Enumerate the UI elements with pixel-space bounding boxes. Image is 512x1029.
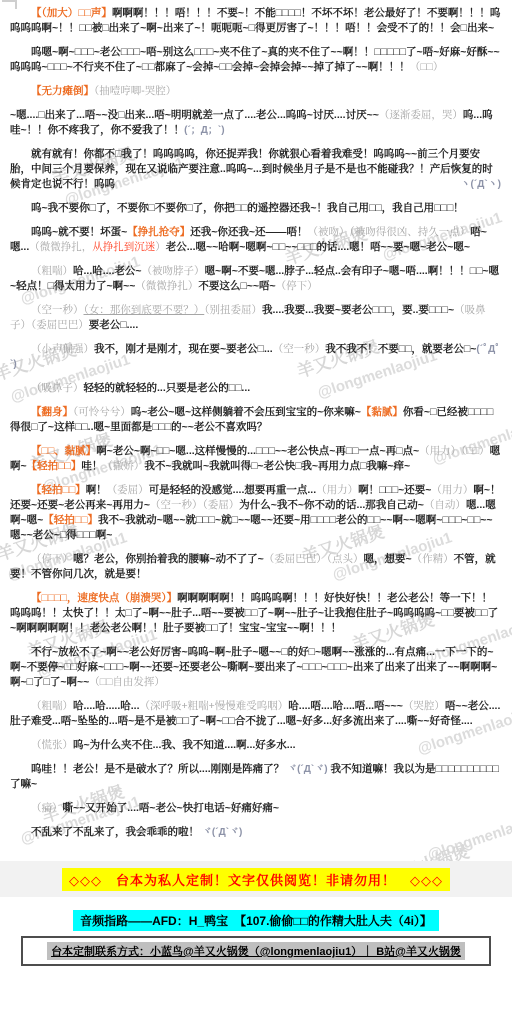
script-paragraph: （慌张）呜~为什么夹不住...我、我不知道....啊...好多水... bbox=[10, 738, 501, 753]
script-segment-dir: （小声倔强） bbox=[31, 343, 94, 355]
script-segment-b: 哈...哈....老公~ bbox=[73, 265, 142, 277]
script-segment-dir: （□□自由发挥） bbox=[89, 676, 165, 688]
script-segment-b: 呜哇！！老公！是不是破水了？所以....刚刚是阵痛了？ bbox=[31, 763, 287, 775]
contact-box: 台本定制联系方式：小蓝鸟@羊又火锅煲（@longmenlaojiu1）｜ B站@… bbox=[21, 936, 491, 966]
script-paragraph: 不行~放松不了~啊~~老公好厉害~呜呜~啊~肚子~嗯~~□的好□~嗯啊~~涨涨的… bbox=[10, 645, 501, 690]
script-segment-b: 我....我要...我要~要老公□□□，要..要□□□~ bbox=[262, 304, 454, 316]
script-segment-tag: 【无力瘫倒】 bbox=[31, 85, 94, 97]
script-segment-b: 要老公□.... bbox=[89, 319, 139, 331]
script-paragraph: 呜呜~就不要！坏蛋~【挣扎抢夺】还我~你还我~还——唔！（被吻）（被吻得很凶、持… bbox=[10, 225, 501, 255]
script-segment-tag: 【轻拍□□】 bbox=[43, 514, 98, 526]
script-segment-kao: (´；Д；`) bbox=[184, 125, 224, 136]
script-segment-dir: （自动） bbox=[424, 499, 466, 511]
contact-info: 台本定制联系方式：小蓝鸟@羊又火锅煲（@longmenlaojiu1）｜ B站@… bbox=[47, 942, 465, 960]
script-segment-tag: 【轻拍□□】 bbox=[27, 460, 82, 472]
script-paragraph: （粗喘）哈....哈.....哈...（深呼吸+粗喘+慢慢难受呜咽）哈....唔… bbox=[10, 699, 501, 729]
script-segment-b: 啊！ bbox=[86, 484, 107, 496]
script-segment-kaoR: ヽ(´Д`ヽ) bbox=[440, 177, 501, 192]
script-segment-dir: （微微挣扎） bbox=[135, 280, 198, 292]
script-segment-tag: 【翻身】 bbox=[31, 406, 73, 418]
script-paragraph: 不乱来了不乱来了，我会乖乖的啦！ ヾ(´Д`ヾ) bbox=[10, 825, 501, 840]
audio-guide-banner: 音频指路——AFD：H_鸭宝 【107.偷偷□□的作精大肚人夫（4i）】 bbox=[73, 910, 439, 931]
script-segment-dir: （深呼吸+粗喘+慢慢难受呜咽） bbox=[140, 700, 289, 712]
script-segment-b: 我不我不！不要□□，就要老公□~ bbox=[325, 343, 476, 355]
script-segment-b: 哈....唔....哈....唔...唔~~~ bbox=[288, 700, 403, 712]
script-segment-b: 不乱来了不乱来了，我会乖乖的啦！ bbox=[31, 826, 202, 838]
script-segment-b: 老公...嗯~~哈啊~嗯啊~□□~~□□□的话....嗯！唔~~要~嗯~老公~嗯… bbox=[166, 241, 470, 253]
script-segment-dir: （用力） bbox=[431, 484, 473, 496]
script-segment-b: 嗯，想要~ bbox=[364, 553, 412, 565]
script-segment-tag: 【黏腻】 bbox=[361, 406, 403, 418]
script-paragraph: （粗喘）哈...哈....老公~（被吻脖子）嗯~啊~不要~嗯...脖子...轻点… bbox=[10, 264, 501, 294]
script-segment-dir: （被吻）（被吻得很凶、持久一点） bbox=[308, 226, 471, 238]
script-segment-b: ~嗯....□出来了...唔~~没□出来...唔~明明就差一点了....老公..… bbox=[10, 109, 379, 121]
script-segment-kao: ヾ(´Д`ヾ) bbox=[202, 827, 242, 838]
script-segment-b: 哈....哈.....哈... bbox=[73, 700, 140, 712]
script-paragraph: 呜嗯~啊~□□□~老公□□□~唔~别这么□□□~夹不住了~真的夹不住了~~啊！！… bbox=[10, 45, 501, 75]
script-paragraph: 呜哇！！老公！是不是破水了？所以....刚刚是阵痛了？ ヾ(´Д`ヾ) 我不知道… bbox=[10, 762, 501, 792]
script-segment-tag: 【□□□□，速度快点（崩溃哭）】 bbox=[31, 592, 177, 604]
script-paragraph: （吸鼻子）轻轻的就轻轻的...只要是老公的□□... bbox=[10, 381, 501, 396]
script-segment-dir: （□□） bbox=[410, 61, 444, 73]
private-notice-banner: ◇◇◇ 台本为私人定制！文字仅供阅览！非请勿用！ ◇◇◇ bbox=[62, 868, 450, 891]
script-segment-dir: （用力） bbox=[316, 484, 358, 496]
script-segment-b: 轻轻的就轻轻的...只要是老公的□□... bbox=[84, 382, 251, 394]
script-segment-red: 从挣扎到沉迷 bbox=[92, 241, 155, 253]
script-segment-b: 啊~老公~啊~□□~嗯...这样慢慢的...□□□~~老公快点~再□□一点~再□… bbox=[96, 445, 419, 457]
script-segment-b: 呜~为什么夹不住...我、我不知道....啊...好多水... bbox=[73, 739, 296, 751]
script-segment-b: 不行~放松不了~啊~~老公好厉害~呜呜~啊~肚子~嗯~~□的好□~嗯啊~~涨涨的… bbox=[10, 646, 497, 688]
audio-guide-row: 音频指路——AFD：H_鸭宝 【107.偷偷□□的作精大肚人夫（4i）】 bbox=[0, 910, 512, 931]
script-segment-dir: （痛） bbox=[31, 802, 63, 814]
script-paragraph: 呜~我不要你□了，不要你□不要你□了，你把□□的遥控器还我~！我自己用□□，我自… bbox=[10, 201, 501, 216]
script-paragraph: 【翻身】（可怜兮兮）呜~老公~嗯~这样侧躺着不会压到宝宝的~你来嘛~【黏腻】你看… bbox=[10, 405, 501, 435]
script-segment-tag: 【□□、黏腻】 bbox=[31, 445, 96, 457]
script-segment-b: 不要这么□~~唔~ bbox=[198, 280, 275, 292]
script-segment-dir: （逐渐委屈，哭） bbox=[379, 109, 463, 121]
script-segment-dir: （吸鼻子） bbox=[31, 382, 84, 394]
script-paragraph: 【□□□□，速度快点（崩溃哭）】啊啊啊啊啊！！呜呜呜啊！！！好快好快！！老公老公… bbox=[10, 591, 501, 636]
script-segment-dir: （作精） bbox=[412, 553, 454, 565]
script-paragraph: 【无力瘫倒】（抽噎哼唧-哭腔） bbox=[10, 84, 501, 99]
script-segment-b: 呜~老公~嗯~这样侧躺着不会压到宝宝的~你来嘛~ bbox=[131, 406, 361, 418]
script-segment-b: 就有就有！你都不□我了！呜呜呜呜，你还捉弄我！你就狠心看着我难受！呜呜呜~~前三… bbox=[10, 148, 493, 190]
script-segment-b: 啊！□□□~还要~ bbox=[358, 484, 431, 496]
script-segment-b: 呜呜~就不要！坏蛋~ bbox=[31, 226, 127, 238]
script-segment-b: 哇！ bbox=[81, 460, 102, 472]
script-segment-dir: （停下） bbox=[276, 280, 318, 292]
script-paragraph: 【轻拍□□】啊！（委屈）可是轻轻的没感觉....想要再重一点...（用力）啊！□… bbox=[10, 483, 501, 543]
script-segment-dir: （撒娇） bbox=[102, 460, 144, 472]
script-segment-dir: （可怜兮兮） bbox=[73, 406, 131, 418]
script-segment-dir: （哭腔） bbox=[403, 700, 445, 712]
script-segment-b: 我不，刚才是刚才，现在要~要老公□... bbox=[94, 343, 273, 355]
script-segment-dir: （空一秒） bbox=[273, 343, 326, 355]
script-segment-dir: （被吻脖子） bbox=[142, 265, 205, 277]
script-segment-dir: （微微挣扎， bbox=[29, 241, 92, 253]
script-segment-tag: 【轻拍□□】 bbox=[31, 484, 86, 496]
script-segment-b: 我不~我就叫~我就叫得□~老公快□我~再用力点□我嘛~痒~ bbox=[144, 460, 410, 472]
script-segment-b: 可是轻轻的没感觉....想要再重一点... bbox=[149, 484, 316, 496]
script-paragraph: （停下）嗯？老公，你别抬着我的腰嘛~动不了了~（委屈巴巴）（点头）嗯，想要~（作… bbox=[10, 552, 501, 582]
script-segment-dir: （空一秒）（委屈） bbox=[150, 499, 239, 511]
script-paragraph: 【（加大）□□声】啊啊啊！！！唔！！！不要~！不能□□□□！不坏不坏！老公最好了… bbox=[10, 6, 501, 36]
script-segment-dir: （用力）（□□） bbox=[419, 445, 489, 457]
script-segment-dir: （粗喘） bbox=[31, 265, 73, 277]
script-segment-dir: （抽噎哼唧-哭腔） bbox=[94, 85, 176, 97]
script-paragraph: 【□□、黏腻】啊~老公~啊~□□~嗯...这样慢慢的...□□□~~老公快点~再… bbox=[10, 444, 501, 474]
script-segment-b: 为什么~我不~你不动的话...那我自己动~ bbox=[239, 499, 424, 511]
script-segment-dir: ） bbox=[155, 241, 166, 253]
script-paragraph: ~嗯....□出来了...唔~~没□出来...唔~明明就差一点了....老公..… bbox=[10, 108, 501, 138]
script-segment-dir: （粗喘） bbox=[31, 700, 73, 712]
script-paragraph: 就有就有！你都不□我了！呜呜呜呜，你还捉弄我！你就狠心看着我难受！呜呜呜~~前三… bbox=[10, 147, 501, 192]
script-paragraph: （空一秒）（女：那你到底要不要？）（别扭委屈）我....我要...我要~要老公□… bbox=[10, 303, 501, 333]
script-segment-dirU: （女：那你到底要不要？） bbox=[84, 304, 205, 316]
script-paragraph: （痛）嘶~~又开始了....唔~老公~快打电话~好痛好痛~ bbox=[10, 801, 501, 816]
script-segment-dir: （别扭委屈） bbox=[204, 304, 262, 316]
script-paragraph: （小声倔强）我不，刚才是刚才，现在要~要老公□...（空一秒）我不我不！不要□□… bbox=[10, 342, 501, 372]
script-segment-b: 嗯？老公，你别抬着我的腰嘛~动不了了~ bbox=[73, 553, 264, 565]
script-body: 【（加大）□□声】啊啊啊！！！唔！！！不要~！不能□□□□！不坏不坏！老公最好了… bbox=[0, 0, 512, 840]
script-segment-b: 呜~我不要你□了，不要你□不要你□了，你把□□的遥控器还我~！我自己用□□，我自… bbox=[31, 202, 464, 214]
notice-band: ◇◇◇ 台本为私人定制！文字仅供阅览！非请勿用！ ◇◇◇ bbox=[0, 861, 512, 897]
script-segment-dir: （空一秒） bbox=[31, 304, 84, 316]
script-segment-dir: （委屈） bbox=[107, 484, 149, 496]
script-segment-dir: （慌张） bbox=[31, 739, 73, 751]
script-segment-dir: （委屈巴巴）（点头） bbox=[264, 553, 364, 565]
script-segment-dir: （停下） bbox=[31, 553, 73, 565]
script-segment-b: 嘶~~又开始了....唔~老公~快打电话~好痛好痛~ bbox=[63, 802, 279, 814]
script-page: 羊又火锅煲@longmenlaojiu1羊又火锅煲@longmenlaojiu1… bbox=[0, 0, 512, 1029]
script-segment-kao: ヾ(´Д`ヾ) bbox=[287, 764, 327, 775]
script-segment-tag: 【（加大）□□声】 bbox=[31, 7, 112, 19]
script-segment-tag: 【挣扎抢夺】 bbox=[127, 226, 190, 238]
script-segment-b: 还我~你还我~还——唔！ bbox=[190, 226, 307, 238]
